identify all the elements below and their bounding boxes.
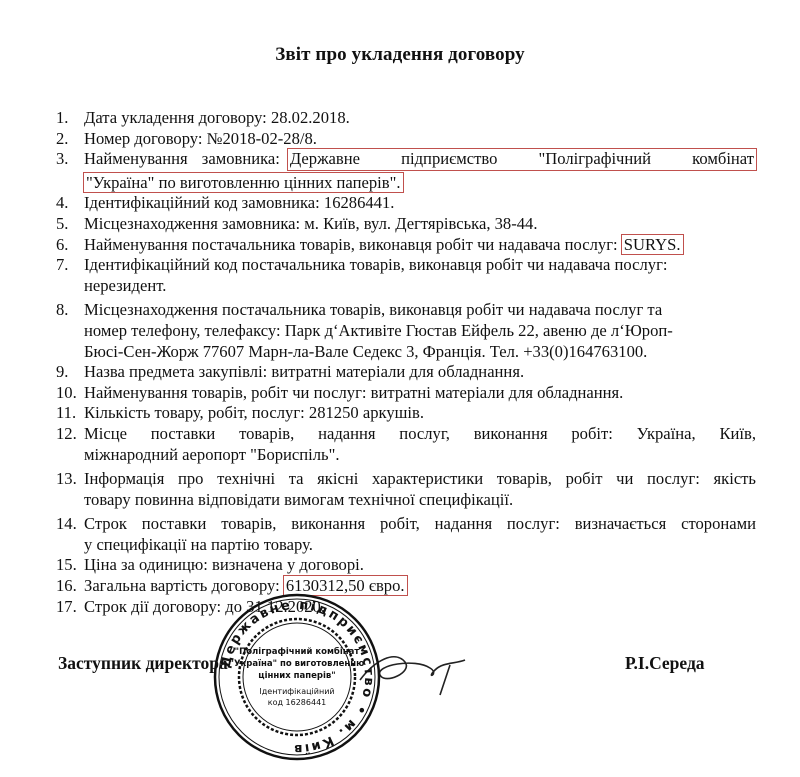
highlighted-customer-name-cont: "Україна" по виготовленню цінних паперів… [84,173,403,192]
item-number: 3. [56,149,84,193]
item-number: 13. [56,469,84,510]
list-item: 13. Інформація про технічні та якісні ха… [56,469,756,510]
item-text: Загальна вартість договору: 6130312,50 є… [84,576,756,597]
official-stamp: Державне підприємство • м. Київ "Полігра… [212,592,382,762]
item-text: Найменування постачальника товарів, вико… [84,235,756,256]
item-number: 5. [56,214,84,235]
item-number: 10. [56,383,84,404]
list-item: 9. Назва предмета закупівлі: витратні ма… [56,362,756,383]
item-number: 12. [56,424,84,465]
item-line-cont: Бюсі-Сен-Жорж 77607 Марн-ла-Вале Седекс … [84,342,756,363]
signatory-title: Заступник директора [58,653,228,674]
list-item: 7. Ідентифікаційний код постачальника то… [56,255,756,296]
item-text: Ідентифікаційний код постачальника товар… [84,255,756,296]
svg-text:цінних паперів": цінних паперів" [258,670,335,681]
item-label: Найменування постачальника товарів, вико… [84,235,618,254]
signatory-name: Р.І.Середа [625,653,705,674]
highlighted-supplier-name: SURYS. [622,235,683,254]
document-page: Звіт про укладення договору 1. Дата укла… [0,0,800,777]
item-number: 2. [56,129,84,150]
item-line-cont: товару повинна відповідати вимогам техні… [84,490,756,511]
item-number: 9. [56,362,84,383]
item-text: Строк поставки товарів, виконання робіт,… [84,514,756,555]
item-number: 1. [56,108,84,129]
item-number: 17. [56,597,84,618]
item-text: Дата укладення договору: 28.02.2018. [84,108,756,129]
item-label: Найменування замовника: [84,149,280,170]
item-number: 16. [56,576,84,597]
svg-text:код 16286441: код 16286441 [268,698,327,707]
item-text: Ціна за одиницю: визначена у договорі. [84,555,756,576]
svg-text:"Поліграфічний комбінат: "Поліграфічний комбінат [235,646,360,657]
list-item: 5. Місцезнаходження замовника: м. Київ, … [56,214,756,235]
list-item: 2. Номер договору: №2018-02-28/8. [56,129,756,150]
item-line: Ідентифікаційний код постачальника товар… [84,255,756,276]
stamp-seal-icon: Державне підприємство • м. Київ "Полігра… [212,592,382,762]
item-number: 8. [56,300,84,362]
item-text: Місцезнаходження постачальника товарів, … [84,300,756,362]
svg-text:Ідентифікаційний: Ідентифікаційний [259,687,334,696]
item-line-cont: у специфікації на партію товару. [84,535,756,556]
item-text: Інформація про технічні та якісні характ… [84,469,756,510]
list-item: 12. Місце поставки товарів, надання посл… [56,424,756,465]
item-text: Ідентифікаційний код замовника: 16286441… [84,193,756,214]
item-number: 15. [56,555,84,576]
report-list: 1. Дата укладення договору: 28.02.2018. … [56,108,756,617]
highlighted-customer-name: Державне підприємство "Поліграфічний ком… [288,149,756,170]
item-line-cont: номер телефону, телефаксу: Парк д‘Активі… [84,321,756,342]
item-text: Місцезнаходження замовника: м. Київ, вул… [84,214,756,235]
item-number: 14. [56,514,84,555]
list-item: 4. Ідентифікаційний код замовника: 16286… [56,193,756,214]
item-line: Строк поставки товарів, виконання робіт,… [84,514,756,535]
list-item: 17. Строк дії договору: до 31.12.2020. [56,597,756,618]
list-item: 14. Строк поставки товарів, виконання ро… [56,514,756,555]
list-item: 10. Найменування товарів, робіт чи послу… [56,383,756,404]
list-item: 1. Дата укладення договору: 28.02.2018. [56,108,756,129]
item-line: Інформація про технічні та якісні характ… [84,469,756,490]
item-text: Місце поставки товарів, надання послуг, … [84,424,756,465]
item-number: 6. [56,235,84,256]
item-number: 11. [56,403,84,424]
list-item: 6. Найменування постачальника товарів, в… [56,235,756,256]
item-text: Назва предмета закупівлі: витратні матер… [84,362,756,383]
item-line: Місцезнаходження постачальника товарів, … [84,300,756,321]
list-item: 3. Найменування замовника: Державне підп… [56,149,756,193]
document-title: Звіт про укладення договору [0,44,800,66]
list-item: 8. Місцезнаходження постачальника товарі… [56,300,756,362]
item-line: Місце поставки товарів, надання послуг, … [84,424,756,445]
svg-text:"Україна" по виготовленню: "Україна" по виготовленню [230,659,365,669]
list-item: 15. Ціна за одиницю: визначена у договор… [56,555,756,576]
list-item: 16. Загальна вартість договору: 6130312,… [56,576,756,597]
item-line-cont: нерезидент. [84,276,756,297]
list-item: 11. Кількість товару, робіт, послуг: 281… [56,403,756,424]
item-text: Строк дії договору: до 31.12.2020. [84,597,756,618]
item-text: Найменування замовника: Державне підприє… [84,149,756,193]
item-text: Найменування товарів, робіт чи послуг: в… [84,383,756,404]
item-line-cont: міжнародний аеропорт "Бориспіль". [84,445,756,466]
item-text: Номер договору: №2018-02-28/8. [84,129,756,150]
item-number: 7. [56,255,84,296]
item-text: Кількість товару, робіт, послуг: 281250 … [84,403,756,424]
item-number: 4. [56,193,84,214]
